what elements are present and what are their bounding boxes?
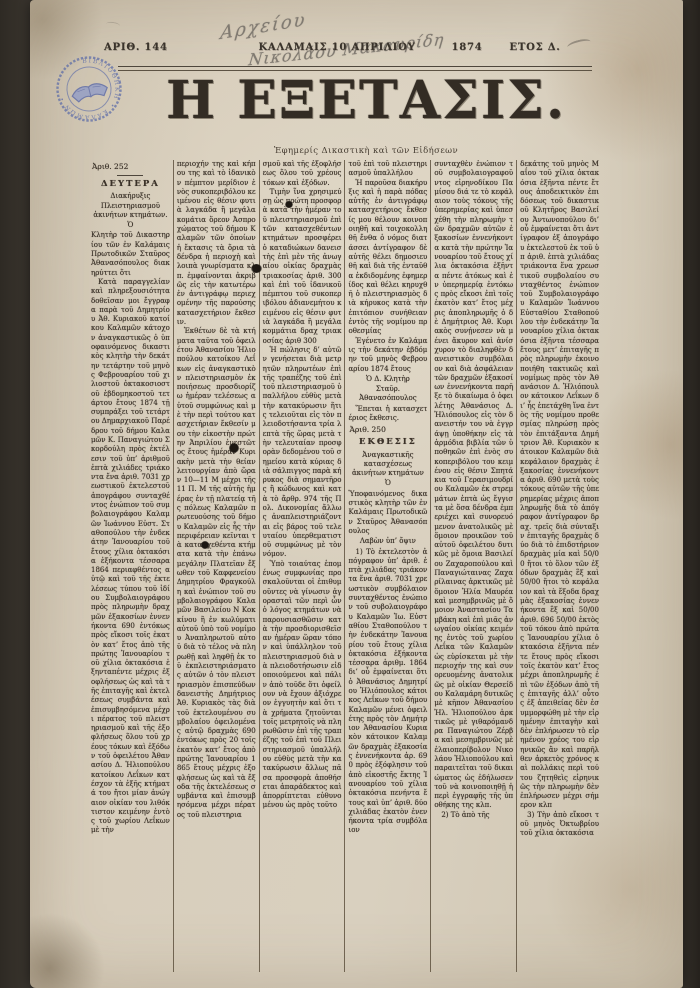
centered-line: Σταῦρ. Ἀθανασόπουλος <box>348 385 427 404</box>
library-stamp: ΒΙΒΛΙΟΘΗΚΗ • ΚΑΛΑΜΩΝ • <box>47 47 132 132</box>
newspaper-page: Αρχείου Νικολάου Μακαυρίδη ΑΡΙΘ. 144 ΚΑΛ… <box>30 0 683 988</box>
centered-line: Ὁ <box>91 221 170 230</box>
centered-line: Ὁ <box>348 479 427 488</box>
volume-year: ΕΤΟΣ Δ. <box>509 42 560 53</box>
text-column-1: Ἀριθ. 252ΔΕΥΤΕΡΑΔιακήρυξις Πλειστηριασμο… <box>88 160 173 972</box>
text-column-4: τοῦ ἐπὶ τοῦ πλειστηριασμοῦ ὑπαλλήλουἩ πα… <box>344 160 430 972</box>
centered-line: Ἀναγκαστικῆς κατασχέσεως ἀκινήτων κτημάτ… <box>348 451 427 479</box>
centered-line: Διακήρυξις Πλειστηριασμοῦ ἀκινήτων κτημά… <box>91 192 170 220</box>
article-paragraph: Ἐγένετο ἐν Καλάμαις τὴν δεκάτην ἑβδόμην … <box>348 337 427 374</box>
open-book-icon <box>71 81 109 103</box>
section-divider <box>117 175 143 176</box>
ink-blot <box>229 443 239 453</box>
dateline-year: 1874 <box>451 42 482 53</box>
article-number: Ἀριθ. 252 <box>92 162 170 172</box>
section-heading: ΕΚΘΕΣΙΣ <box>348 437 427 448</box>
article-paragraph: Ὑποφαινόμενος δικαστικὸς κλητὴρ τῶν ἐν Κ… <box>348 490 427 536</box>
text-column-3: σμοῦ καὶ τῆς ἐξοφλήσεως ὅλου τοῦ χρέους … <box>259 160 345 972</box>
ink-blot <box>201 541 209 549</box>
article-paragraph: Ἡ πώλησις δ’ αὐτῶν γενήσεται διὰ μετρητῶ… <box>263 346 342 560</box>
handwritten-annotation-line1: Αρχείου <box>220 9 308 44</box>
article-paragraph: τοῦ ἐπὶ τοῦ πλειστηριασμοῦ ὑπαλλήλου <box>348 160 427 179</box>
article-paragraph: 1) Τὸ ἐκτελεστὸν ἀπόγραφον ὑπ’ ἀριθ. ἑπτ… <box>348 548 427 836</box>
article-paragraph: Ἐκθέτων δὲ τὰ κτήματα ταῦτα τοῦ ὀφειλέτο… <box>177 327 256 820</box>
article-paragraph: Ὑπὸ τοιαύτας ἑπομένως συμφωνίας προσκαλο… <box>263 560 342 811</box>
ink-blot <box>251 264 262 273</box>
article-paragraph: δεκάτης τοῦ μηνὸς Μαΐου τοῦ χίλια ὀκτακό… <box>520 160 599 811</box>
article-paragraph: 3) Τὴν ἀπὸ εἴκοσι τοῦ μηνὸς Ὀκτωβρίου το… <box>520 811 599 839</box>
article-paragraph: Ἕπεται ἡ κατασχετέριος ἔκθεσις. <box>348 405 427 424</box>
newspaper-subtitle: Ἐφημερίς Δικαστικὴ καὶ τῶν Εἰδήσεων <box>274 146 458 156</box>
centered-line: Λαβὼν ὑπ’ ὄψιν <box>348 537 427 546</box>
article-paragraph: σμοῦ καὶ τῆς ἐξοφλήσεως ὅλου τοῦ χρέους … <box>263 160 342 188</box>
article-paragraph: συνταχθὲν ἐνώπιον τοῦ συμβολαιογραφοῦντο… <box>434 160 513 811</box>
article-paragraph: Τιμὴν ἵνα χρησιμεύσῃ ὡς πρώτη προσφορὰ κ… <box>263 188 342 346</box>
article-paragraph: Κατὰ παραγγελίαν καὶ πληρεξουσιότητα δοθ… <box>91 278 170 836</box>
article-number: Ἀριθ. 250 <box>349 425 427 435</box>
section-heading: ΔΕΥΤΕΡΑ <box>91 179 170 190</box>
text-column-6: δεκάτης τοῦ μηνὸς Μαΐου τοῦ χίλια ὀκτακό… <box>516 160 602 972</box>
ink-blot <box>285 201 293 208</box>
dateline: ΚΑΛΑΜΑΙΣ 10 ΑΠΡΙΛΙΟΥ <box>258 42 415 53</box>
text-column-5: συνταχθὲν ἐνώπιον τοῦ συμβολαιογραφοῦντο… <box>430 160 516 972</box>
article-columns: Ἀριθ. 252ΔΕΥΤΕΡΑΔιακήρυξις Πλειστηριασμο… <box>88 160 602 972</box>
pencil-mark <box>566 37 591 52</box>
article-paragraph: περιοχήν της καὶ κήπου της καὶ τὸ ἰδανικ… <box>177 160 256 327</box>
article-paragraph: Κλητὴρ τοῦ Δικαστηρίου τῶν ἐν Καλάμαις Π… <box>91 231 170 277</box>
newspaper-title: Η ΕΞΕΤΑΣΙΣ. <box>166 70 566 131</box>
pencil-mark-faint <box>106 21 121 29</box>
centered-line: Ὁ Δ. Κλητὴρ <box>348 375 427 384</box>
article-paragraph: 2) Τὸ ἀπὸ τῆς <box>434 811 513 820</box>
article-paragraph: Ἡ παροῦσα διακήρυξις καὶ ἡ παρὰ πόδας αὐ… <box>348 179 427 337</box>
text-column-2: περιοχήν της καὶ κήπου της καὶ τὸ ἰδανικ… <box>173 160 259 972</box>
